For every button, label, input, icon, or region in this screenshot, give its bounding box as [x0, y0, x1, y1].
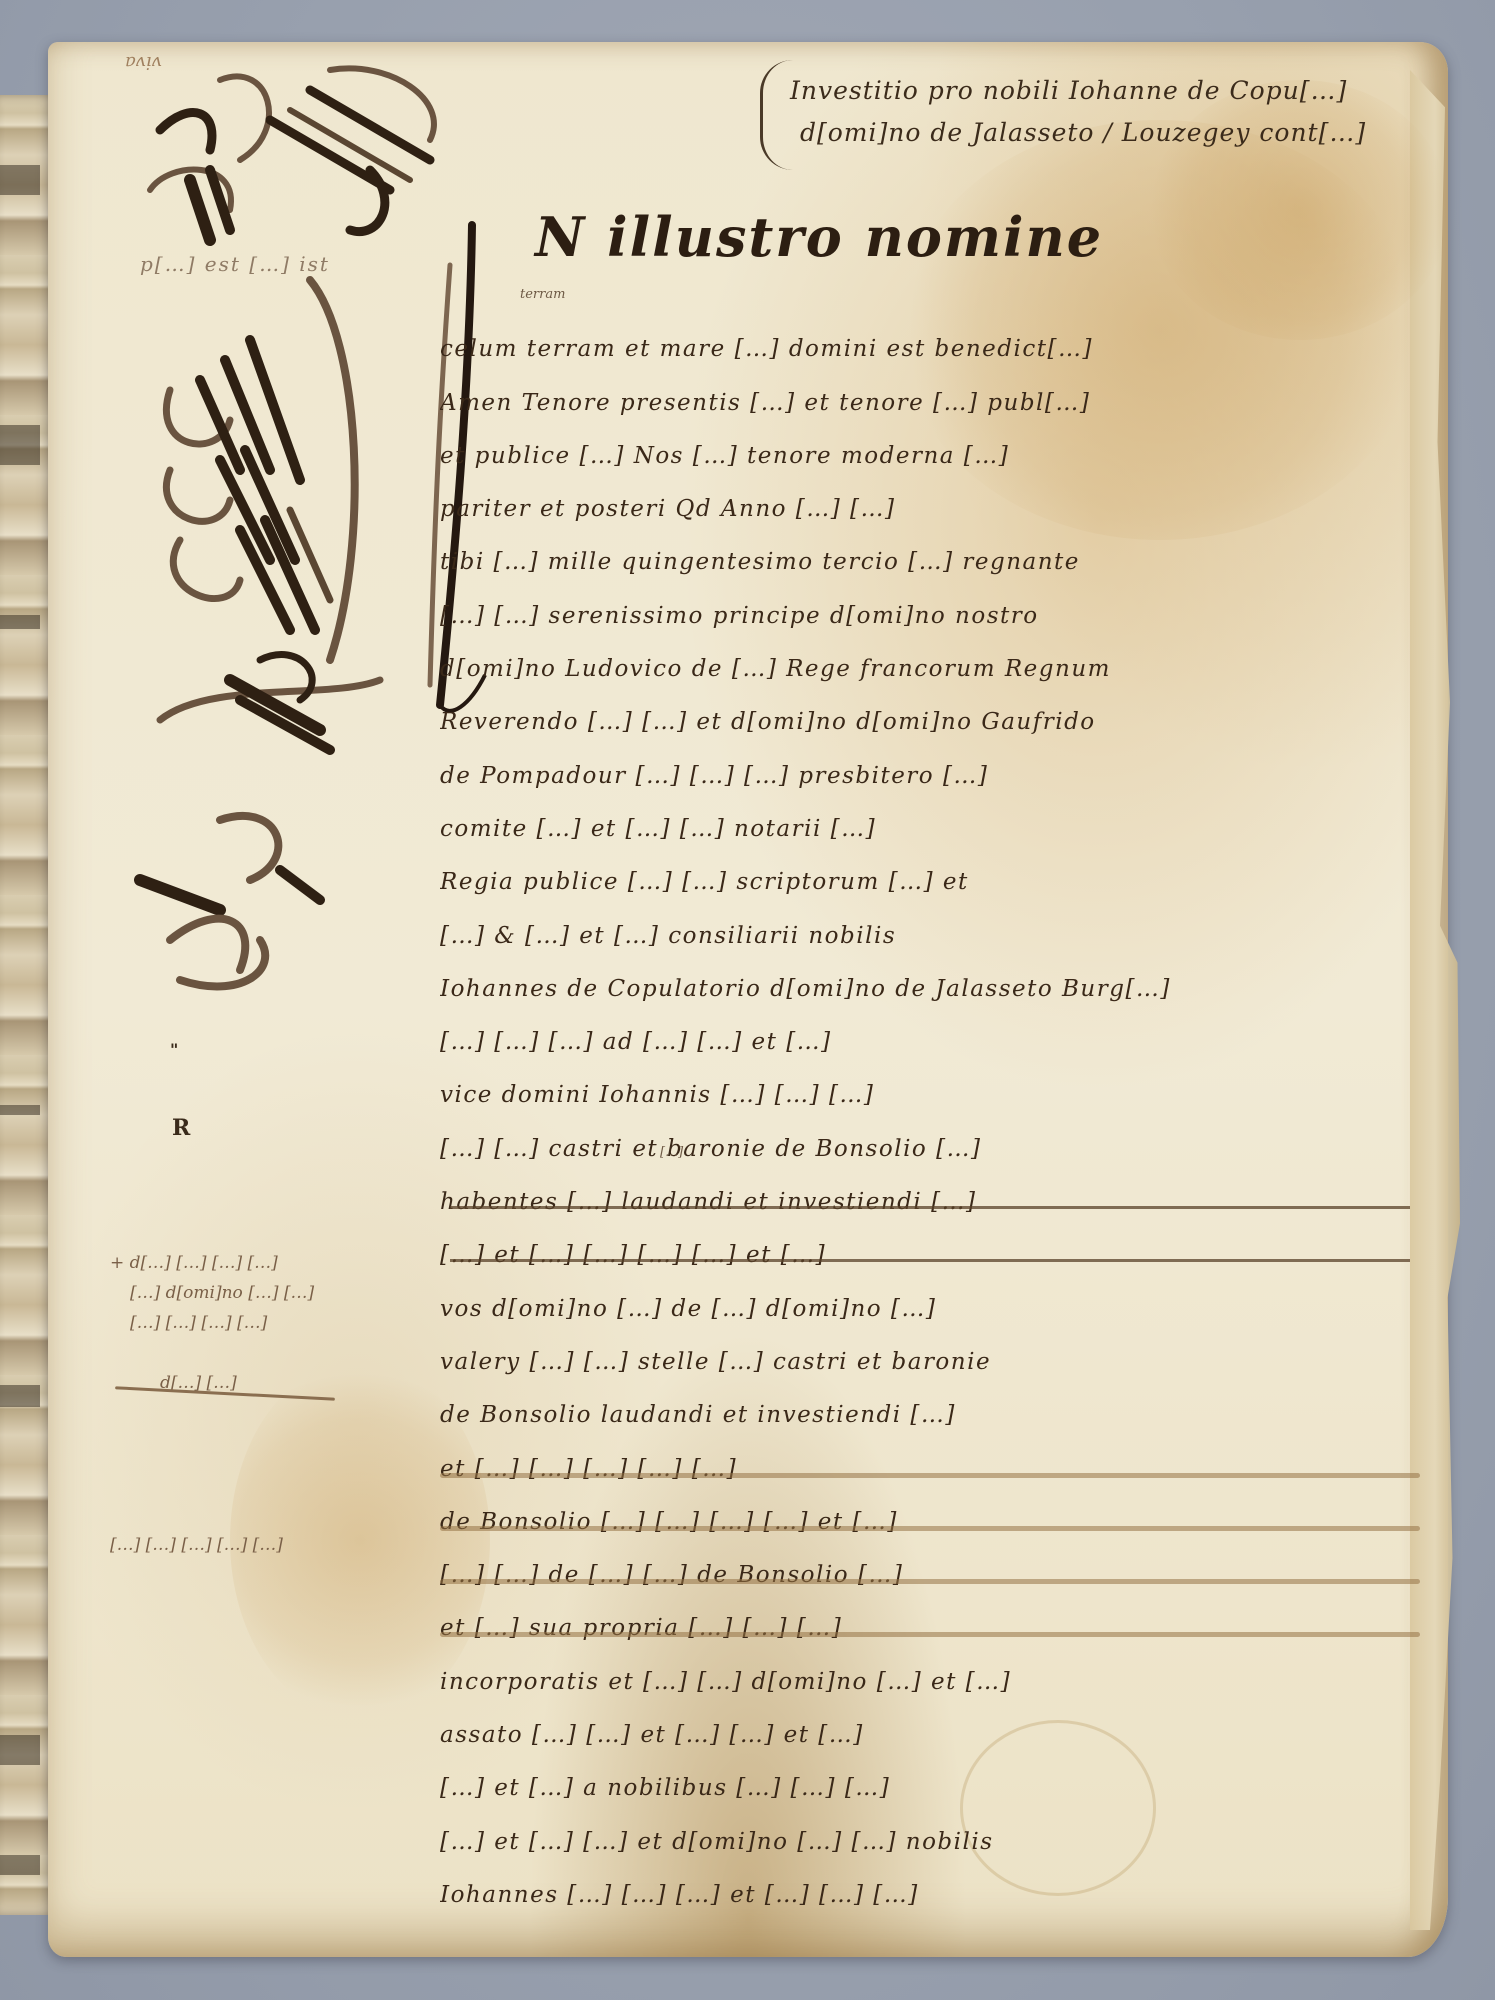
- struck-text-line: habentes […] laudandi et investiendi […]: [440, 1176, 1430, 1229]
- struck-text-line: […] […] de […] […] de Bonsolio […]: [440, 1549, 1430, 1602]
- margin-note-line: […] d[omi]no […] […]: [110, 1278, 440, 1308]
- text-line: […] […] […] ad […] […] et […]: [440, 1016, 1430, 1069]
- text-line: vos d[omi]no […] de […] d[omi]no […]: [440, 1283, 1430, 1336]
- text-line: comite […] et […] […] notarii […]: [440, 803, 1430, 856]
- margin-mark: R: [172, 1115, 190, 1141]
- text-line: [440, 270, 1430, 323]
- text-line: Iohannes […] […] […] et […] […] […]: [440, 1869, 1430, 1922]
- text-line: […] […] serenissimo principe d[omi]no no…: [440, 590, 1430, 643]
- text-line: de Pompadour […] […] […] presbitero […]: [440, 750, 1430, 803]
- margin-note-line: + d[…] […] […] […]: [110, 1248, 440, 1278]
- struck-text-line: et […] sua propria […] […] […]: [440, 1602, 1430, 1655]
- margin-note-line: […] […] […] […]: [110, 1308, 440, 1338]
- text-line: tibi […] mille quingentesimo tercio […] …: [440, 536, 1430, 589]
- text-line: […] et […] a nobilibus […] […] […]: [440, 1762, 1430, 1815]
- text-line: […] & […] et […] consiliarii nobilis: [440, 910, 1430, 963]
- incipit-heading: N illustro nomine: [535, 205, 1103, 269]
- text-line: et publice […] Nos […] tenore moderna [……: [440, 430, 1430, 483]
- text-line: Regia publice […] […] scriptorum […] et: [440, 856, 1430, 909]
- text-line: valery […] […] stelle […] castri et baro…: [440, 1336, 1430, 1389]
- margin-note-line: […] […] […] […] […]: [110, 1530, 440, 1560]
- text-line: assato […] […] et […] […] et […]: [440, 1709, 1430, 1762]
- pencil-note: p[…] est […] ist: [140, 252, 330, 276]
- struck-text-line: […] et […] […] […] […] et […]: [440, 1229, 1430, 1282]
- text-line: Amen Tenore presentis […] et tenore […] …: [440, 377, 1430, 430]
- interlinear-gloss: terram: [520, 287, 565, 302]
- text-line: d[omi]no Ludovico de […] Rege francorum …: [440, 643, 1430, 696]
- text-line: vice domini Iohannis […] […] […]: [440, 1069, 1430, 1122]
- struck-text-line: et […] […] […] […] […]: [440, 1443, 1430, 1496]
- margin-note-lower: […] […] […] […] […]: [110, 1530, 440, 1560]
- text-line: Reverendo […] […] et d[omi]no d[omi]no G…: [440, 696, 1430, 749]
- main-text-block: celum terram et mare […] domini est bene…: [440, 270, 1430, 1922]
- text-line: Iohannes de Copulatorio d[omi]no de Jala…: [440, 963, 1430, 1016]
- rubric-bracket: [760, 60, 793, 170]
- struck-text-line: de Bonsolio […] […] […] […] et […]: [440, 1496, 1430, 1549]
- text-line: incorporatis et […] […] d[omi]no […] et …: [440, 1656, 1430, 1709]
- text-line: […] et […] […] et d[omi]no […] […] nobil…: [440, 1816, 1430, 1869]
- text-line: pariter et posteri Qd Anno […] […]: [440, 483, 1430, 536]
- rubric-heading: Investitio pro nobili Iohanne de Copu[…]…: [790, 70, 1430, 154]
- margin-mark: ": [170, 1040, 178, 1059]
- rubric-line: Investitio pro nobili Iohanne de Copu[…]: [790, 70, 1430, 112]
- interlinear-gloss: […]: [660, 1145, 683, 1160]
- text-line: celum terram et mare […] domini est bene…: [440, 323, 1430, 376]
- text-line: de Bonsolio laudandi et investiendi […]: [440, 1389, 1430, 1442]
- text-line: […] […] castri et baronie de Bonsolio [……: [440, 1123, 1430, 1176]
- margin-note-upper: + d[…] […] […] […] […] d[omi]no […] […] …: [110, 1248, 440, 1338]
- rubric-line: d[omi]no de Jalasseto / Louzegey cont[…]: [790, 112, 1430, 154]
